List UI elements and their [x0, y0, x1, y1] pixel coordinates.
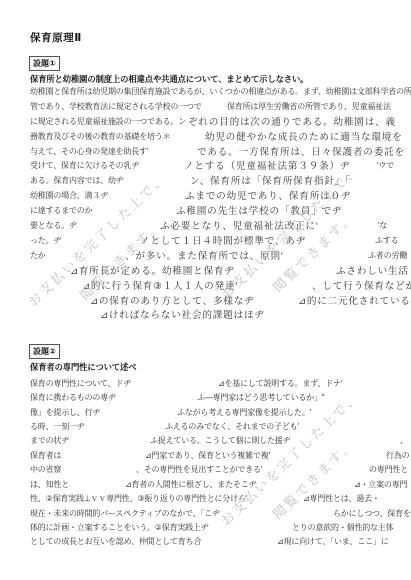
text-fragment: 性、②保育実践⊥ｖｖ専門性、③振り返りの専門性とに分けら′ [30, 494, 247, 504]
text-fragment: 保育に携わるものの専ヂ [30, 393, 116, 403]
text-fragment: 行為の [386, 451, 409, 461]
text-fragment: った。ヂ [30, 236, 61, 246]
text-fragment: ふえるのみでなく、それまでの子ども′ [165, 422, 299, 432]
text-fragment: 幼稚園の場合、満３ヂ [30, 191, 108, 201]
text-fragment: ふ者の労働 [368, 251, 407, 261]
text-fragment: 要となる。ヂ [30, 221, 77, 231]
text-fragment: 、が多い。また保育所では、原則′ [125, 251, 284, 262]
text-fragment: 、 [400, 436, 408, 446]
text-fragment: 中の省察 [30, 465, 61, 475]
text-fragment: の専門性と [369, 465, 408, 475]
text-fragment: 保育者は [30, 451, 61, 461]
text-fragment: ′な [378, 221, 387, 231]
text-fragment: ⊿現に向けて、「いま、ここ」に [277, 537, 389, 547]
body-text-layer: 幼稚園と保育所は幼児期の集団保育施設であるが、いくつかの相違点がある。まず、幼稚… [0, 0, 411, 580]
text-fragment: ⊿的に二元化されている [298, 296, 411, 307]
text-fragment: ⊿育所長が定める。幼稚園と保育ヂ [70, 266, 235, 277]
document-page: 保育原理Ⅱ 設題① 保育所と幼稚園の制度上の相違点や共通点について、まとめて示し… [0, 0, 411, 580]
text-fragment: ふ―専門家はどう思考しているか」″ [197, 393, 324, 403]
text-fragment: 与えて、その心身の発達を助長す′ [30, 147, 148, 157]
text-fragment: ⊿ければならない社会的課題はほヂ [100, 310, 265, 321]
text-fragment: に達するまでのか [30, 206, 92, 216]
text-fragment: 体的に計画・立案することをいう。②保育実践上ヂ [30, 523, 209, 533]
text-fragment: ⊿育者の人間性に根ざし、またそこヂ [125, 480, 256, 490]
text-fragment: ノとする（児童福祉法第３９条）ヂ [184, 161, 350, 172]
text-fragment: 、して行う保育などが [312, 281, 411, 292]
text-fragment: 管であり、学校教育法に規定される学校の一つで [30, 102, 202, 112]
text-fragment: ある。保育内容では、幼ヂ [30, 176, 124, 186]
text-fragment: ふ稚園の先生は学校の「教員」でヂ [176, 206, 342, 217]
text-fragment: 像」を提示し、行ヂ [30, 408, 100, 418]
text-fragment: 、その専門性を見出すことができる′ [136, 465, 262, 475]
text-fragment: ⊿専門性とは、過去・ [303, 494, 380, 504]
text-fragment: ふ必要となり、児童福祉法改正に′ [160, 221, 319, 232]
text-fragment: とりの意欲的・個性的な主体 [292, 523, 393, 533]
text-fragment: ノとして１日４時間が標準で、あヂ [140, 236, 306, 247]
text-fragment: ⊿的に行う保育③１人１人の発達′ [82, 281, 238, 292]
text-fragment: までの状ヂ [30, 436, 69, 446]
text-fragment: ⊿・立案の専門 [354, 480, 407, 490]
text-fragment: ふさわしい生活 [336, 266, 409, 277]
text-fragment: 現在・未来の時間的パースペクティブのなかで、「こヂ [30, 509, 220, 519]
text-fragment: ふ捉えている。こうして個に則した援ヂ [150, 436, 290, 446]
text-fragment: 保育所は厚生労働省の所管であり、児童福祉法 [227, 102, 391, 112]
text-fragment: 受けて、保育に欠けるその乳ヂ [30, 161, 139, 171]
text-fragment: ′ウで [377, 161, 394, 171]
text-fragment: 務教育及びその後の教育の基礎を培う＊ [30, 132, 170, 142]
text-fragment: ⊿の保育のあり方として、多様なヂ [90, 296, 255, 307]
text-fragment: ふまでの幼児であり、保育所は０ヂ [185, 191, 351, 202]
text-fragment: ⊿門家であり、保育という複雑で複′ [145, 451, 270, 461]
text-fragment: 幼児の健やかな成長のために適当な環境を [205, 132, 402, 143]
text-fragment: としての成長とお互いを認め、仲間として育ち合 [30, 537, 201, 547]
text-fragment: ン、保育所は「保育所保育指針」「 [190, 176, 351, 187]
text-fragment: に規定される児童福祉施設の一つである。ン [30, 117, 186, 127]
text-fragment: ふする [375, 236, 398, 246]
text-fragment: 保育の専門性について、ドヂ [30, 379, 131, 389]
text-fragment: らかにしつつ、保育を具 [333, 509, 411, 519]
text-fragment: たか [30, 251, 46, 261]
text-fragment: ふながら考える専門家像を提示した。′ [177, 408, 311, 418]
text-fragment: ⊿を基にして説明する。まず、ドナ′ [218, 379, 342, 389]
text-fragment: である。一方保育所は、日々保護者の委託を [197, 147, 405, 158]
text-fragment: る時、一刻一ヂ [30, 422, 85, 432]
text-fragment: ぞれの目的は次の通りである。幼稚園は、義 [188, 117, 396, 128]
text-fragment: 幼稚園と保育所は幼児期の集団保育施設であるが、いくつかの相違点がある。まず、幼稚… [30, 87, 411, 97]
text-fragment: は、知性と [30, 480, 69, 490]
